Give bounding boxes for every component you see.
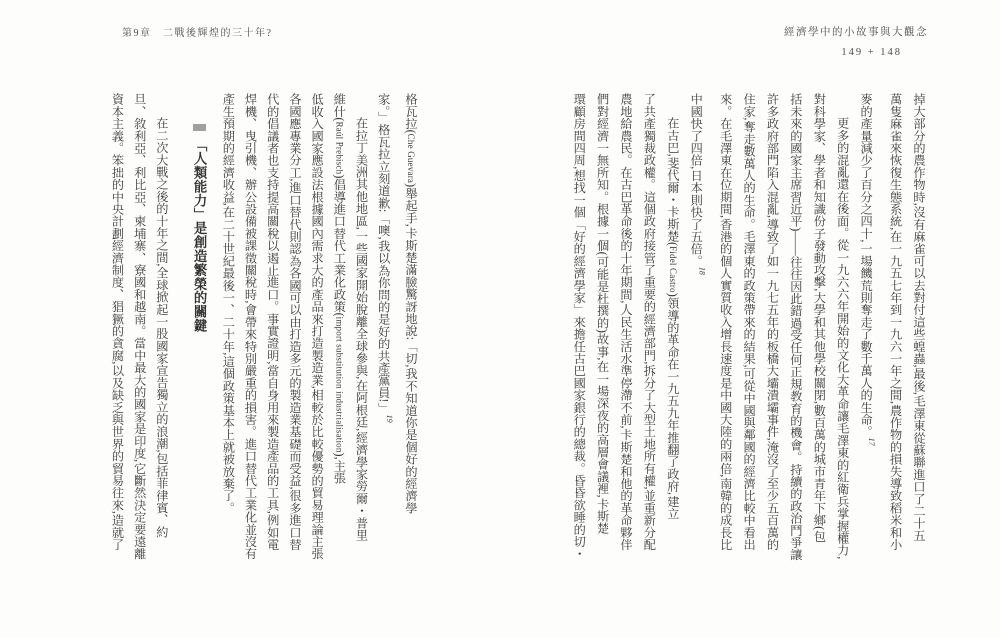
text-column: 旦、敘利亞、利比亞、柬埔寨、寮國和越南。當中最大的國家是印度,它斷然決定要遠離 — [129, 93, 151, 579]
text-column: 焊機、曳引機、辦公設備被課徵關稅時,會帶來特別嚴重的損害。進口替代工業化並沒有 — [239, 93, 261, 579]
right-page-text: 掉大部分的農作物時,沒有麻雀可以去對付這些蝗蟲,最後,毛澤東從蘇聯進口了二十五萬… — [567, 93, 930, 579]
book-spread: 第9章 二戰後輝煌的三十年? 經濟學中的小故事與大觀念 149 + 148 掉大… — [0, 0, 1000, 638]
section-bullet-icon — [193, 124, 206, 131]
text-column: 各國應專業分工,進口替代則認為各國可以由打造多元的製造業基礎而受益,很多進口替 — [284, 93, 306, 579]
text-column: 許多政府部門陷入混亂,導致了如一九七五年的板橋大壩潰壩事件,淹沒了至少五百萬的 — [760, 93, 783, 579]
text-column: 代的倡議者也支持提高關稅以遏止進口。事實證明,當自身用來製造產品的工具,例如電 — [262, 93, 284, 579]
text-column: 們對經濟一無所知。根據一個(可能是杜撰的)故事,在一場深夜的高層會議裡,卡斯楚 — [590, 93, 613, 579]
text-column: 環顧房間四周,想找一個「好的經濟學家」來擔任古巴國家銀行的總裁。昏昏欲睡的切・ — [567, 93, 590, 579]
text-column: 低收入國家應設法根據國內需求大的產品來打造製造業,相較於比較優勢的貿易理論主張 — [306, 93, 328, 579]
text-column: 更多的混亂還在後面。從一九六六年開始的文化大革命讓毛澤東的紅衛兵掌握權力, — [830, 93, 853, 579]
latin-inline-text: Raúl Prebisch — [334, 121, 344, 174]
latin-inline-text: Che Guevara — [406, 134, 416, 183]
text-column: 住家,奪走數萬人的生命。毛澤東的政策帶來的結果,可從中國與鄰國的經濟比較中看出 — [737, 93, 760, 579]
book-title: 經濟學中的小故事與大觀念 — [784, 24, 928, 39]
footnote-number: 18 — [697, 267, 706, 275]
text-column: 對科學家、學者和知識份子發動攻擊,大學和其他學校關閉,數百萬的城市青年下鄉(包 — [807, 93, 830, 579]
text-column: 括未來的國家主席習近平)——往往因此錯過受任何正規教育的機會。持續的政治鬥爭讓 — [784, 93, 807, 579]
text-column: 來。在毛澤東在位期間,香港的個人實質收入增長速度是中國大陸的兩倍,南韓的成長比 — [713, 93, 736, 579]
text-column: 產生預期的經濟收益,在二十世紀最後一、二十年,這個政策基本上就被放棄了。 — [217, 93, 239, 579]
latin-inline-text: import substitution industrialisation — [334, 317, 344, 453]
text-column: 維什(Raúl Prebisch)倡導進口替代工業化政策(import subs… — [328, 93, 350, 579]
running-head-book: 經濟學中的小故事與大觀念 149 + 148 — [784, 24, 928, 58]
left-page-text: 格瓦拉(Che Guevara)舉起手,卡斯楚滿臉驚訝地說:「切,我不知道你是個… — [106, 93, 422, 579]
text-column: 格瓦拉(Che Guevara)舉起手,卡斯楚滿臉驚訝地說:「切,我不知道你是個… — [400, 93, 422, 579]
text-column: 中國快了四倍,日本則快了五倍。18 — [684, 93, 713, 579]
text-column: 在二次大戰之後的十年之間,全球掀起一股國家宣告獨立的浪潮,包括菲律賓、約 — [151, 93, 173, 579]
text-column: 麥的產量減少了百分之四十,一場饑荒則奪走了數千萬人的生命。17 — [854, 93, 883, 579]
text-column: 萬隻麻雀來恢復生態系統,在一九五七年到一九六一年之間,農作物的損失導致稻米和小 — [883, 93, 906, 579]
text-column: 掉大部分的農作物時,沒有麻雀可以去對付這些蝗蟲,最後,毛澤東從蘇聯進口了二十五 — [907, 93, 930, 579]
footnote-number: 17 — [867, 438, 876, 446]
text-column: 家。」格瓦拉立刻道歉:「噢,我以為你問的是好的共產黨員!」19 — [373, 93, 400, 579]
text-column: 在拉丁美洲其他地區,一些國家開始脫離全球參與,在阿根廷,經濟學家勞爾・普里 — [350, 93, 372, 579]
section-heading: 「人類能力」是創造繁榮的關鍵 — [188, 93, 210, 579]
footnote-number: 19 — [385, 415, 394, 423]
page-numbers: 149 + 148 — [784, 47, 928, 58]
running-head-chapter: 第9章 二戰後輝煌的三十年? — [122, 24, 272, 39]
text-column: 農地給農民。在古巴革命後的十年期間,人民生活水準停滯不前,卡斯楚和他的革命夥伴 — [614, 93, 637, 579]
latin-inline-text: Fidel Castro — [668, 246, 678, 293]
text-column: 了共產獨裁政權。這個政府接管了重要的經濟部門,拆分了大型土地所有權,並重新分配 — [637, 93, 660, 579]
text-column: 在古巴,斐代爾・卡斯楚(Fidel Castro)領導的革命在一九五九年推翻了政… — [660, 93, 683, 579]
text-column: 資本主義。笨拙的中央計劃經濟制度、猖獗的貪腐,以及缺乏與世界的貿易往來,造就了 — [106, 93, 128, 579]
